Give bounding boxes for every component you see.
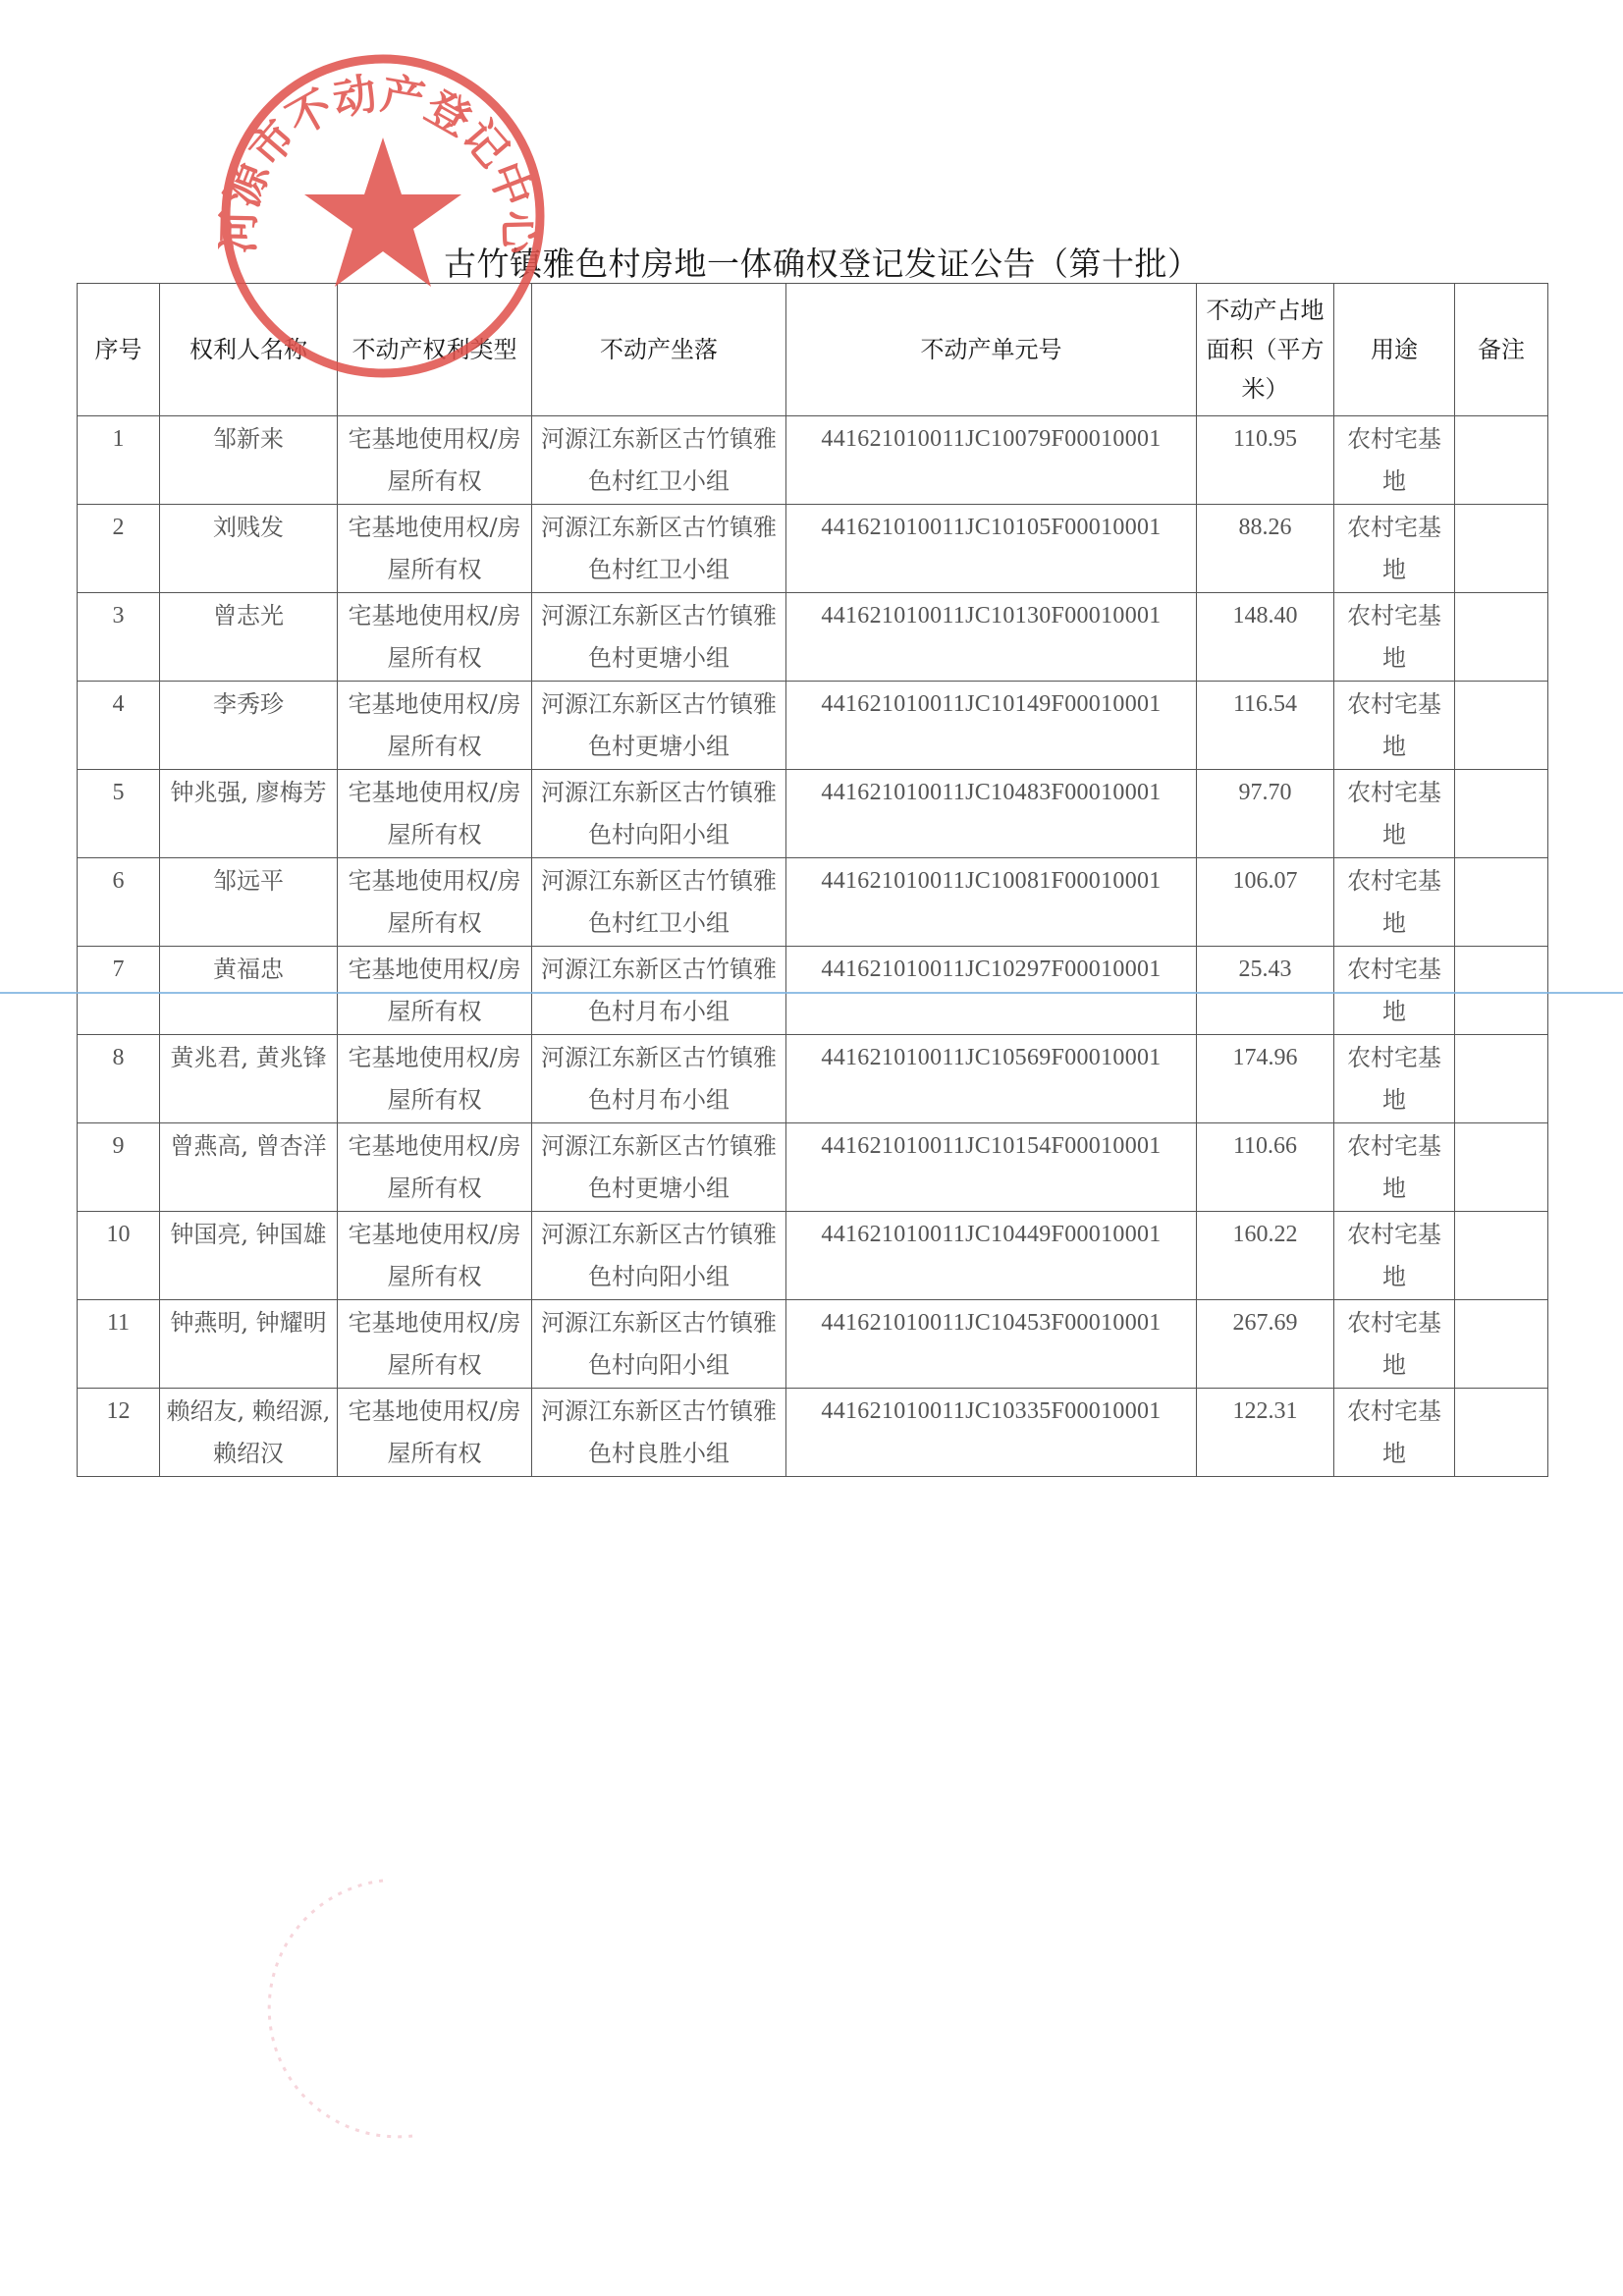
unit-no-text: 441621010011JC10105F00010001 <box>786 507 1196 549</box>
seal-text: 河源市不动产登记中心 <box>218 69 544 256</box>
cell-serial-no: 12 <box>78 1389 160 1477</box>
serial-no-text: 3 <box>78 595 159 637</box>
cell-owner-name: 黄福忠 <box>160 947 338 1035</box>
cell-remark <box>1455 1212 1548 1300</box>
cell-unit-no: 441621010011JC10449F00010001 <box>786 1212 1197 1300</box>
cell-right-type: 宅基地使用权/房屋所有权 <box>338 1389 532 1477</box>
owner-name-text: 黄福忠 <box>160 949 337 991</box>
serial-no-text: 6 <box>78 860 159 902</box>
cell-location: 河源江东新区古竹镇雅色村更塘小组 <box>532 1123 786 1212</box>
cell-area: 148.40 <box>1197 593 1334 682</box>
right-type-text: 宅基地使用权/房屋所有权 <box>338 418 531 503</box>
location-text: 河源江东新区古竹镇雅色村红卫小组 <box>532 507 785 591</box>
cell-area: 110.66 <box>1197 1123 1334 1212</box>
table-row: 8黄兆君, 黄兆锋宅基地使用权/房屋所有权河源江东新区古竹镇雅色村月布小组441… <box>78 1035 1548 1123</box>
use-text: 农村宅基地 <box>1334 1125 1454 1210</box>
area-text: 267.69 <box>1197 1302 1333 1344</box>
cell-serial-no: 7 <box>78 947 160 1035</box>
unit-no-text: 441621010011JC10149F00010001 <box>786 683 1196 726</box>
right-type-text: 宅基地使用权/房屋所有权 <box>338 507 531 591</box>
cell-serial-no: 3 <box>78 593 160 682</box>
cell-remark <box>1455 1035 1548 1123</box>
owner-name-text: 李秀珍 <box>160 683 337 726</box>
area-text: 97.70 <box>1197 772 1333 814</box>
location-text: 河源江东新区古竹镇雅色村向阳小组 <box>532 772 785 856</box>
header-right-type: 不动产权利类型 <box>338 284 532 416</box>
use-text: 农村宅基地 <box>1334 683 1454 768</box>
use-text: 农村宅基地 <box>1334 595 1454 680</box>
use-text: 农村宅基地 <box>1334 860 1454 945</box>
cell-remark <box>1455 1123 1548 1212</box>
header-unit-no: 不动产单元号 <box>786 284 1197 416</box>
cell-right-type: 宅基地使用权/房屋所有权 <box>338 858 532 947</box>
table-row: 6邹远平宅基地使用权/房屋所有权河源江东新区古竹镇雅色村红卫小组44162101… <box>78 858 1548 947</box>
unit-no-text: 441621010011JC10297F00010001 <box>786 949 1196 991</box>
area-text: 25.43 <box>1197 949 1333 991</box>
area-text: 160.22 <box>1197 1214 1333 1256</box>
star-icon <box>304 137 461 287</box>
cell-unit-no: 441621010011JC10105F00010001 <box>786 505 1197 593</box>
location-text: 河源江东新区古竹镇雅色村向阳小组 <box>532 1214 785 1298</box>
cell-right-type: 宅基地使用权/房屋所有权 <box>338 1035 532 1123</box>
owner-name-text: 刘贱发 <box>160 507 337 549</box>
serial-no-text: 11 <box>78 1302 159 1344</box>
cell-serial-no: 9 <box>78 1123 160 1212</box>
area-text: 122.31 <box>1197 1391 1333 1433</box>
cell-use: 农村宅基地 <box>1334 1212 1455 1300</box>
cell-use: 农村宅基地 <box>1334 1123 1455 1212</box>
table-row: 2刘贱发宅基地使用权/房屋所有权河源江东新区古竹镇雅色村红卫小组44162101… <box>78 505 1548 593</box>
cell-area: 116.54 <box>1197 682 1334 770</box>
area-text: 106.07 <box>1197 860 1333 902</box>
use-text: 农村宅基地 <box>1334 1037 1454 1121</box>
cell-serial-no: 1 <box>78 416 160 505</box>
cell-use: 农村宅基地 <box>1334 1389 1455 1477</box>
unit-no-text: 441621010011JC10569F00010001 <box>786 1037 1196 1079</box>
cell-owner-name: 曾志光 <box>160 593 338 682</box>
cell-right-type: 宅基地使用权/房屋所有权 <box>338 682 532 770</box>
cell-remark <box>1455 947 1548 1035</box>
use-text: 农村宅基地 <box>1334 418 1454 503</box>
cell-use: 农村宅基地 <box>1334 947 1455 1035</box>
area-text: 110.66 <box>1197 1125 1333 1168</box>
owner-name-text: 曾燕高, 曾杏洋 <box>160 1125 337 1168</box>
cell-remark <box>1455 505 1548 593</box>
cell-use: 农村宅基地 <box>1334 682 1455 770</box>
cell-area: 267.69 <box>1197 1300 1334 1389</box>
location-text: 河源江东新区古竹镇雅色村良胜小组 <box>532 1391 785 1475</box>
owner-name-text: 曾志光 <box>160 595 337 637</box>
serial-no-text: 1 <box>78 418 159 461</box>
right-type-text: 宅基地使用权/房屋所有权 <box>338 1214 531 1298</box>
cell-unit-no: 441621010011JC10079F00010001 <box>786 416 1197 505</box>
unit-no-text: 441621010011JC10130F00010001 <box>786 595 1196 637</box>
table-row: 4李秀珍宅基地使用权/房屋所有权河源江东新区古竹镇雅色村更塘小组44162101… <box>78 682 1548 770</box>
use-text: 农村宅基地 <box>1334 1302 1454 1387</box>
header-remark: 备注 <box>1455 284 1548 416</box>
cell-area: 160.22 <box>1197 1212 1334 1300</box>
cell-location: 河源江东新区古竹镇雅色村向阳小组 <box>532 1212 786 1300</box>
cell-right-type: 宅基地使用权/房屋所有权 <box>338 1300 532 1389</box>
cell-unit-no: 441621010011JC10569F00010001 <box>786 1035 1197 1123</box>
cell-location: 河源江东新区古竹镇雅色村红卫小组 <box>532 416 786 505</box>
use-text: 农村宅基地 <box>1334 507 1454 591</box>
right-type-text: 宅基地使用权/房屋所有权 <box>338 1037 531 1121</box>
owner-name-text: 赖绍友, 赖绍源, 赖绍汉 <box>160 1391 337 1475</box>
location-text: 河源江东新区古竹镇雅色村月布小组 <box>532 949 785 1033</box>
cell-serial-no: 8 <box>78 1035 160 1123</box>
cell-unit-no: 441621010011JC10483F00010001 <box>786 770 1197 858</box>
unit-no-text: 441621010011JC10335F00010001 <box>786 1391 1196 1433</box>
area-text: 110.95 <box>1197 418 1333 461</box>
table-body: 1邹新来宅基地使用权/房屋所有权河源江东新区古竹镇雅色村红卫小组44162101… <box>78 416 1548 1477</box>
owner-name-text: 钟兆强, 廖梅芳 <box>160 772 337 814</box>
cell-area: 97.70 <box>1197 770 1334 858</box>
cell-right-type: 宅基地使用权/房屋所有权 <box>338 593 532 682</box>
cell-location: 河源江东新区古竹镇雅色村红卫小组 <box>532 505 786 593</box>
area-text: 88.26 <box>1197 507 1333 549</box>
cell-owner-name: 赖绍友, 赖绍源, 赖绍汉 <box>160 1389 338 1477</box>
cell-location: 河源江东新区古竹镇雅色村更塘小组 <box>532 593 786 682</box>
cell-location: 河源江东新区古竹镇雅色村红卫小组 <box>532 858 786 947</box>
cell-area: 106.07 <box>1197 858 1334 947</box>
table-row: 11钟燕明, 钟耀明宅基地使用权/房屋所有权河源江东新区古竹镇雅色村向阳小组44… <box>78 1300 1548 1389</box>
unit-no-text: 441621010011JC10154F00010001 <box>786 1125 1196 1168</box>
cell-remark <box>1455 770 1548 858</box>
cell-use: 农村宅基地 <box>1334 1035 1455 1123</box>
header-serial-no: 序号 <box>78 284 160 416</box>
table-row: 5钟兆强, 廖梅芳宅基地使用权/房屋所有权河源江东新区古竹镇雅色村向阳小组441… <box>78 770 1548 858</box>
cell-owner-name: 黄兆君, 黄兆锋 <box>160 1035 338 1123</box>
table-row: 10钟国亮, 钟国雄宅基地使用权/房屋所有权河源江东新区古竹镇雅色村向阳小组44… <box>78 1212 1548 1300</box>
cell-owner-name: 刘贱发 <box>160 505 338 593</box>
cell-serial-no: 10 <box>78 1212 160 1300</box>
right-type-text: 宅基地使用权/房屋所有权 <box>338 860 531 945</box>
cell-serial-no: 5 <box>78 770 160 858</box>
cell-remark <box>1455 1300 1548 1389</box>
location-text: 河源江东新区古竹镇雅色村月布小组 <box>532 1037 785 1121</box>
cell-right-type: 宅基地使用权/房屋所有权 <box>338 947 532 1035</box>
cell-use: 农村宅基地 <box>1334 770 1455 858</box>
unit-no-text: 441621010011JC10453F00010001 <box>786 1302 1196 1344</box>
location-text: 河源江东新区古竹镇雅色村更塘小组 <box>532 595 785 680</box>
faint-seal-mark <box>265 1871 540 2146</box>
area-text: 174.96 <box>1197 1037 1333 1079</box>
cell-area: 110.95 <box>1197 416 1334 505</box>
cell-unit-no: 441621010011JC10130F00010001 <box>786 593 1197 682</box>
owner-name-text: 钟国亮, 钟国雄 <box>160 1214 337 1256</box>
unit-no-text: 441621010011JC10483F00010001 <box>786 772 1196 814</box>
right-type-text: 宅基地使用权/房屋所有权 <box>338 949 531 1033</box>
cell-owner-name: 邹远平 <box>160 858 338 947</box>
cell-area: 122.31 <box>1197 1389 1334 1477</box>
serial-no-text: 8 <box>78 1037 159 1079</box>
table-row: 9曾燕高, 曾杏洋宅基地使用权/房屋所有权河源江东新区古竹镇雅色村更塘小组441… <box>78 1123 1548 1212</box>
owner-name-text: 黄兆君, 黄兆锋 <box>160 1037 337 1079</box>
cell-unit-no: 441621010011JC10149F00010001 <box>786 682 1197 770</box>
cell-remark <box>1455 416 1548 505</box>
use-text: 农村宅基地 <box>1334 1391 1454 1475</box>
area-text: 148.40 <box>1197 595 1333 637</box>
cell-owner-name: 钟燕明, 钟耀明 <box>160 1300 338 1389</box>
cell-use: 农村宅基地 <box>1334 858 1455 947</box>
cell-area: 174.96 <box>1197 1035 1334 1123</box>
header-location: 不动产坐落 <box>532 284 786 416</box>
svg-text:河源市不动产登记中心: 河源市不动产登记中心 <box>218 69 544 256</box>
cell-remark <box>1455 1389 1548 1477</box>
cell-area: 25.43 <box>1197 947 1334 1035</box>
use-text: 农村宅基地 <box>1334 772 1454 856</box>
right-type-text: 宅基地使用权/房屋所有权 <box>338 1391 531 1475</box>
location-text: 河源江东新区古竹镇雅色村更塘小组 <box>532 683 785 768</box>
cell-owner-name: 邹新来 <box>160 416 338 505</box>
cell-right-type: 宅基地使用权/房屋所有权 <box>338 505 532 593</box>
cell-serial-no: 4 <box>78 682 160 770</box>
cell-unit-no: 441621010011JC10453F00010001 <box>786 1300 1197 1389</box>
cell-unit-no: 441621010011JC10154F00010001 <box>786 1123 1197 1212</box>
cell-use: 农村宅基地 <box>1334 1300 1455 1389</box>
cell-right-type: 宅基地使用权/房屋所有权 <box>338 1212 532 1300</box>
cell-unit-no: 441621010011JC10081F00010001 <box>786 858 1197 947</box>
cell-use: 农村宅基地 <box>1334 416 1455 505</box>
location-text: 河源江东新区古竹镇雅色村红卫小组 <box>532 418 785 503</box>
header-use: 用途 <box>1334 284 1455 416</box>
cell-unit-no: 441621010011JC10335F00010001 <box>786 1389 1197 1477</box>
right-type-text: 宅基地使用权/房屋所有权 <box>338 1125 531 1210</box>
cell-owner-name: 李秀珍 <box>160 682 338 770</box>
cell-location: 河源江东新区古竹镇雅色村月布小组 <box>532 947 786 1035</box>
cell-area: 88.26 <box>1197 505 1334 593</box>
owner-name-text: 钟燕明, 钟耀明 <box>160 1302 337 1344</box>
right-type-text: 宅基地使用权/房屋所有权 <box>338 1302 531 1387</box>
cell-location: 河源江东新区古竹镇雅色村良胜小组 <box>532 1389 786 1477</box>
table-header-row: 序号 权利人名称 不动产权利类型 不动产坐落 不动产单元号 不动产占地面积（平方… <box>78 284 1548 416</box>
cell-remark <box>1455 593 1548 682</box>
serial-no-text: 12 <box>78 1391 159 1433</box>
cell-unit-no: 441621010011JC10297F00010001 <box>786 947 1197 1035</box>
table-row: 3曾志光宅基地使用权/房屋所有权河源江东新区古竹镇雅色村更塘小组44162101… <box>78 593 1548 682</box>
location-text: 河源江东新区古竹镇雅色村更塘小组 <box>532 1125 785 1210</box>
owner-name-text: 邹远平 <box>160 860 337 902</box>
area-text: 116.54 <box>1197 683 1333 726</box>
unit-no-text: 441621010011JC10449F00010001 <box>786 1214 1196 1256</box>
location-text: 河源江东新区古竹镇雅色村向阳小组 <box>532 1302 785 1387</box>
document-title: 古竹镇雅色村房地一体确权登记发证公告（第十批） <box>444 239 1201 285</box>
serial-no-text: 10 <box>78 1214 159 1256</box>
cell-location: 河源江东新区古竹镇雅色村向阳小组 <box>532 770 786 858</box>
unit-no-text: 441621010011JC10081F00010001 <box>786 860 1196 902</box>
cell-serial-no: 2 <box>78 505 160 593</box>
cell-right-type: 宅基地使用权/房屋所有权 <box>338 416 532 505</box>
cell-remark <box>1455 682 1548 770</box>
right-type-text: 宅基地使用权/房屋所有权 <box>338 595 531 680</box>
table-row: 1邹新来宅基地使用权/房屋所有权河源江东新区古竹镇雅色村红卫小组44162101… <box>78 416 1548 505</box>
cell-right-type: 宅基地使用权/房屋所有权 <box>338 1123 532 1212</box>
serial-no-text: 5 <box>78 772 159 814</box>
cell-use: 农村宅基地 <box>1334 593 1455 682</box>
serial-no-text: 9 <box>78 1125 159 1168</box>
cell-owner-name: 钟国亮, 钟国雄 <box>160 1212 338 1300</box>
use-text: 农村宅基地 <box>1334 949 1454 1033</box>
registration-table: 序号 权利人名称 不动产权利类型 不动产坐落 不动产单元号 不动产占地面积（平方… <box>77 283 1548 1477</box>
serial-no-text: 2 <box>78 507 159 549</box>
header-area-text: 不动产占地面积（平方米） <box>1197 291 1333 409</box>
header-owner-name: 权利人名称 <box>160 284 338 416</box>
serial-no-text: 4 <box>78 683 159 726</box>
table-row: 7黄福忠宅基地使用权/房屋所有权河源江东新区古竹镇雅色村月布小组44162101… <box>78 947 1548 1035</box>
cell-location: 河源江东新区古竹镇雅色村更塘小组 <box>532 682 786 770</box>
cell-owner-name: 曾燕高, 曾杏洋 <box>160 1123 338 1212</box>
owner-name-text: 邹新来 <box>160 418 337 461</box>
use-text: 农村宅基地 <box>1334 1214 1454 1298</box>
header-area: 不动产占地面积（平方米） <box>1197 284 1334 416</box>
cell-location: 河源江东新区古竹镇雅色村月布小组 <box>532 1035 786 1123</box>
scan-artifact-line <box>0 992 1623 994</box>
right-type-text: 宅基地使用权/房屋所有权 <box>338 683 531 768</box>
cell-use: 农村宅基地 <box>1334 505 1455 593</box>
cell-serial-no: 6 <box>78 858 160 947</box>
unit-no-text: 441621010011JC10079F00010001 <box>786 418 1196 461</box>
cell-right-type: 宅基地使用权/房屋所有权 <box>338 770 532 858</box>
right-type-text: 宅基地使用权/房屋所有权 <box>338 772 531 856</box>
cell-owner-name: 钟兆强, 廖梅芳 <box>160 770 338 858</box>
table-row: 12赖绍友, 赖绍源, 赖绍汉宅基地使用权/房屋所有权河源江东新区古竹镇雅色村良… <box>78 1389 1548 1477</box>
location-text: 河源江东新区古竹镇雅色村红卫小组 <box>532 860 785 945</box>
cell-remark <box>1455 858 1548 947</box>
cell-location: 河源江东新区古竹镇雅色村向阳小组 <box>532 1300 786 1389</box>
cell-serial-no: 11 <box>78 1300 160 1389</box>
serial-no-text: 7 <box>78 949 159 991</box>
